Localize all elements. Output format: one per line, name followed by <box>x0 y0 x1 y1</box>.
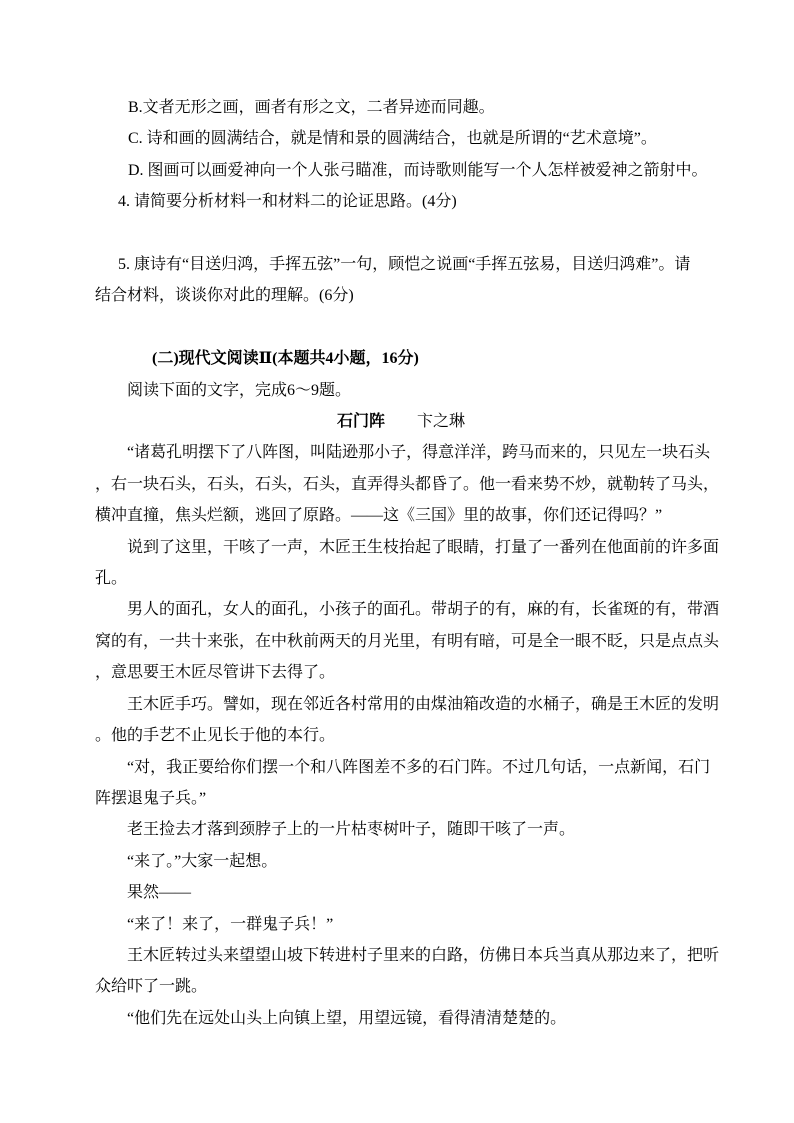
story-title: 石门阵 卞之琳 <box>95 406 707 437</box>
story-p5-l1: “对，我正要给你们摆一个和八阵图差不多的石门阵。不过几句话，一点新闻，石门 <box>95 752 707 783</box>
spacer-1 <box>95 218 707 249</box>
story-p10-l2: 众给吓了一跳。 <box>95 971 707 1002</box>
spacer-2 <box>95 312 707 343</box>
story-p10-l1: 王木匠转过头来望望山坡下转进村子里来的白路，仿佛日本兵当真从那边来了，把听 <box>95 940 707 971</box>
question-4: 4. 请简要分析材料一和材料二的论证思路。(4分) <box>95 186 707 217</box>
story-p4-l2: 。他的手艺不止见长于他的本行。 <box>95 720 707 751</box>
story-title-part-1: 卞之琳 <box>385 413 465 430</box>
story-p4-l1: 王木匠手巧。譬如，现在邻近各村常用的由煤油箱改造的水桶子，确是王木匠的发明 <box>95 689 707 720</box>
story-p3-l3: ，意思要王木匠尽管讲下去得了。 <box>95 657 707 688</box>
story-p5-l2: 阵摆退鬼子兵。” <box>95 783 707 814</box>
story-p1-l1: “诸葛孔明摆下了八阵图，叫陆逊那小子，得意洋洋，跨马而来的，只见左一块石头 <box>95 437 707 468</box>
story-title-part-0: 石门阵 <box>337 413 385 430</box>
story-p1-l3: 横冲直撞，焦头烂额，逃回了原路。——这《三国》里的故事，你们还记得吗？” <box>95 500 707 531</box>
story-p3-l2: 窝的有，一共十来张，在中秋前两天的月光里，有明有暗，可是全一眼不眨，只是点点头 <box>95 626 707 657</box>
story-p9: “来了！来了，一群鬼子兵！” <box>95 909 707 940</box>
story-p3-l1: 男人的面孔，女人的面孔，小孩子的面孔。带胡子的有，麻的有，长雀斑的有，带酒 <box>95 594 707 625</box>
document-body: B.文者无形之画，画者有形之文，二者异迹而同趣。C. 诗和画的圆满结合，就是情和… <box>95 92 707 1034</box>
question-5-line2: 结合材料，谈谈你对此的理解。(6分) <box>95 280 707 311</box>
section-heading: (二)现代文阅读Ⅱ(本题共4小题，16分) <box>95 343 707 374</box>
story-p6: 老王捡去才落到颈脖子上的一片枯枣树叶子，随即干咳了一声。 <box>95 814 707 845</box>
document-page: B.文者无形之画，画者有形之文，二者异迹而同趣。C. 诗和画的圆满结合，就是情和… <box>0 0 794 1123</box>
reading-instruction: 阅读下面的文字，完成6～9题。 <box>95 375 707 406</box>
story-p2-l1: 说到了这里，干咳了一声，木匠王生枝抬起了眼睛，打量了一番列在他面前的许多面 <box>95 532 707 563</box>
story-p2-l2: 孔。 <box>95 563 707 594</box>
choice-c: C. 诗和画的圆满结合，就是情和景的圆满结合，也就是所谓的“艺术意境”。 <box>95 123 707 154</box>
story-p11: “他们先在远处山头上向镇上望，用望远镜，看得清清楚楚的。 <box>95 1003 707 1034</box>
question-5-line1: 5. 康诗有“目送归鸿，手挥五弦”一句，顾恺之说画“手挥五弦易，目送归鸿难”。请 <box>95 249 707 280</box>
choice-b: B.文者无形之画，画者有形之文，二者异迹而同趣。 <box>95 92 707 123</box>
story-p1-l2: ，右一块石头，石头，石头，石头，直弄得头都昏了。他一看来势不炒，就勒转了马头， <box>95 469 707 500</box>
choice-d: D. 图画可以画爱神向一个人张弓瞄准，而诗歌则能写一个人怎样被爱神之箭射中。 <box>95 155 707 186</box>
story-p7: “来了。”大家一起想。 <box>95 846 707 877</box>
story-p8: 果然—— <box>95 877 707 908</box>
